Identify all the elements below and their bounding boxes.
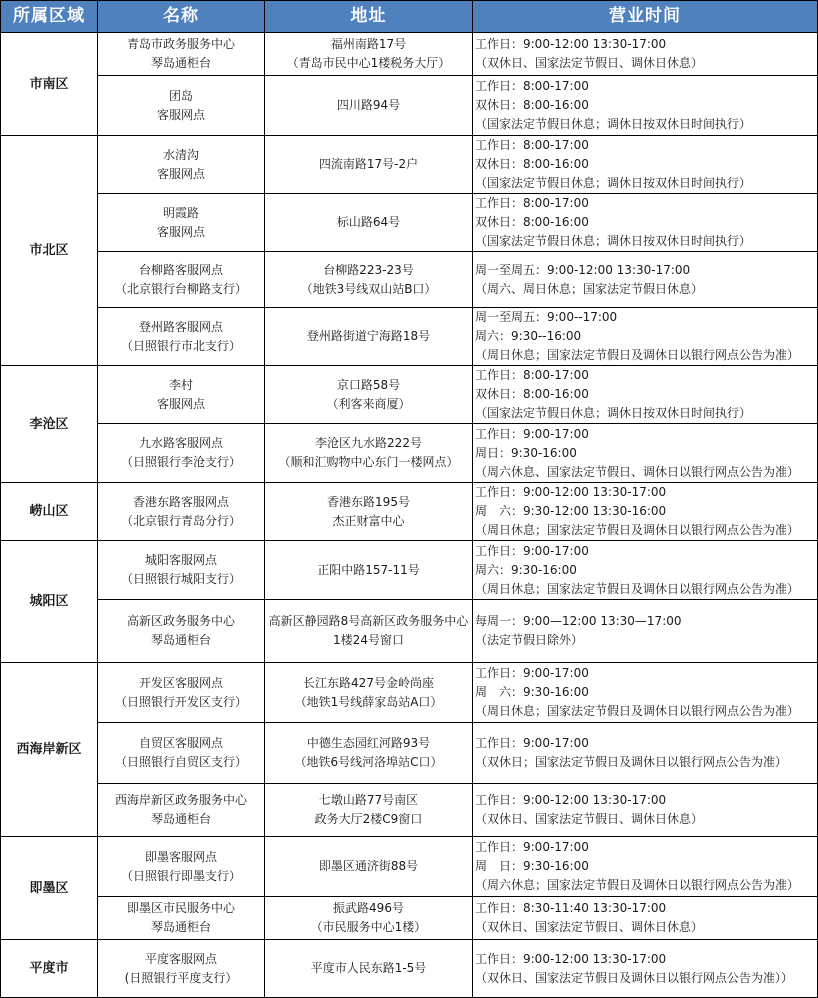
hours-line: 每周一：9:00—12:00 13:30—17:00 [475,612,817,631]
hours-cell: 工作日：9:00-12:00 13:30-17:00（双休日、国家法定节假日、调… [473,33,818,76]
addr-cell: 四川路94号 [265,76,473,136]
table-row: 团岛客服网点四川路94号工作日：8:00-17:00双休日：8:00-16:00… [1,76,818,136]
district-cell: 市南区 [1,33,98,136]
name-line: （日照银行自贸区支行） [98,753,264,772]
name-line: 琴岛通柜台 [98,631,264,650]
table-row: 西海岸新区开发区客服网点（日照银行开发区支行）长江东路427号金岭尚座（地铁1号… [1,663,818,723]
hours-line: （双休日、国家法定节假日及调休日以银行网点公告为准）） [475,969,817,988]
district-cell: 市北区 [1,136,98,366]
name-line: （北京银行青岛分行） [98,512,264,531]
addr-line: 中德生态园红河路93号 [265,734,472,753]
hours-cell: 工作日：9:00-12:00 13:30-17:00（双休日、国家法定节假日及调… [473,940,818,990]
name-cell: 城阳客服网点（日照银行城阳支行） [98,541,265,600]
name-cell: 台柳路客服网点（北京银行台柳路支行） [98,252,265,308]
addr-line: 四川路94号 [265,96,472,115]
hours-line: 双休日：8:00-16:00 [475,385,817,404]
hours-line: （国家法定节假日休息；调休日按双休日时间执行） [475,115,817,134]
district-cell: 平度市 [1,940,98,990]
addr-line: （顺和汇购物中心东门一楼网点） [265,453,472,472]
table-row: 九水路客服网点（日照银行李沧支行）李沧区九水路222号（顺和汇购物中心东门一楼网… [1,424,818,483]
hours-cell: 每周一：9:00—12:00 13:30—17:00（法定节假日除外） [473,600,818,663]
name-line: 高新区政务服务中心 [98,612,264,631]
name-line: 城阳客服网点 [98,551,264,570]
table-row: 崂山区香港东路客服网点（北京银行青岛分行）香港东路195号杰正财富中心工作日：9… [1,483,818,541]
addr-cell: 标山路64号 [265,194,473,252]
table-row: 自贸区客服网点（日照银行自贸区支行）中德生态园红河路93号（地铁6号线河洛埠站C… [1,723,818,784]
district-cell: 西海岸新区 [1,663,98,837]
hours-line: 工作日：9:00-17:00 [475,542,817,561]
table-row: 西海岸新区政务服务中心琴岛通柜台七墩山路77号南区政务大厅2楼C9窗口工作日：9… [1,784,818,837]
name-cell: 平度客服网点(日照银行平度支行） [98,940,265,990]
hours-cell: 工作日：8:00-17:00双休日：8:00-16:00（国家法定节假日休息；调… [473,194,818,252]
name-line: 李村 [98,376,264,395]
hours-line: 工作日：8:00-17:00 [475,77,817,96]
name-line: 客服网点 [98,106,264,125]
name-cell: 自贸区客服网点（日照银行自贸区支行） [98,723,265,784]
header-row: 所属区域 名称 地址 营业时间 [1,1,818,33]
addr-line: （利客来商厦） [265,395,472,414]
name-line: 自贸区客服网点 [98,734,264,753]
name-cell: 李村客服网点 [98,366,265,424]
hours-line: （周日休息；国家法定节假日及调休日以银行网点公告为准） [475,521,817,540]
addr-line: 标山路64号 [265,213,472,232]
table-row: 平度市平度客服网点(日照银行平度支行）平度市人民东路1-5号工作日：9:00-1… [1,940,818,990]
addr-cell: 京口路58号（利客来商厦） [265,366,473,424]
addr-line: 正阳中路157-11号 [265,561,472,580]
service-points-table: 所属区域 名称 地址 营业时间 市南区青岛市政务服务中心琴岛通柜台福州南路17号… [0,0,818,989]
table-row: 市北区水清沟客服网点四流南路17号-2户工作日：8:00-17:00双休日：8:… [1,136,818,194]
table-row: 即墨区即墨客服网点（日照银行即墨支行）即墨区通济街88号工作日：9:00-17:… [1,837,818,897]
hours-line: （法定节假日除外） [475,631,817,650]
hours-line: 工作日：9:00-17:00 [475,664,817,683]
addr-line: （青岛市民中心1楼税务大厅） [265,54,472,73]
name-line: 西海岸新区政务服务中心 [98,791,264,810]
hours-line: （周六休息、国家法定节假日、调休日以银行网点公告为准） [475,463,817,482]
table-row: 城阳区城阳客服网点（日照银行城阳支行）正阳中路157-11号工作日：9:00-1… [1,541,818,600]
district-cell: 城阳区 [1,541,98,663]
hours-line: 工作日：8:00-17:00 [475,366,817,385]
name-line: 琴岛通柜台 [98,810,264,829]
hours-line: （周日休息；国家法定节假日及调休日以银行网点公告为准） [475,580,817,599]
addr-line: 长江东路427号金岭尚座 [265,674,472,693]
header-hours: 营业时间 [473,1,818,33]
hours-line: （周六休息；国家法定节假日及调休日以银行网点公告为准） [475,876,817,895]
addr-line: 政务大厅2楼C9窗口 [265,810,472,829]
name-line: 客服网点 [98,395,264,414]
name-line: 登州路客服网点 [98,318,264,337]
addr-cell: 高新区静园路8号高新区政务服务中心1楼24号窗口 [265,600,473,663]
hours-cell: 工作日：8:00-17:00双休日：8:00-16:00（国家法定节假日休息；调… [473,136,818,194]
name-line: 青岛市政务服务中心 [98,35,264,54]
name-line: （北京银行台柳路支行） [98,280,264,299]
name-cell: 高新区政务服务中心琴岛通柜台 [98,600,265,663]
district-cell: 即墨区 [1,837,98,940]
name-line: （日照银行即墨支行） [98,867,264,886]
addr-line: 福州南路17号 [265,35,472,54]
hours-line: 周 日：9:30-16:00 [475,857,817,876]
table-row: 市南区青岛市政务服务中心琴岛通柜台福州南路17号（青岛市民中心1楼税务大厅）工作… [1,33,818,76]
name-line: 香港东路客服网点 [98,493,264,512]
hours-line: （周日休息；国家法定节假日及调休日以银行网点公告为准） [475,346,817,365]
hours-line: （双休日、国家法定节假日、调休日休息） [475,810,817,829]
hours-cell: 工作日：9:00-12:00 13:30-17:00周 六：9:30-12:00… [473,483,818,541]
addr-cell: 平度市人民东路1-5号 [265,940,473,990]
addr-line: （地铁3号线双山站B口） [265,280,472,299]
hours-cell: 工作日：8:00-17:00双休日：8:00-16:00（国家法定节假日休息；调… [473,76,818,136]
name-line: 九水路客服网点 [98,434,264,453]
name-line: （日照银行城阳支行） [98,570,264,589]
addr-line: 四流南路17号-2户 [265,155,472,174]
table-row: 李沧区李村客服网点京口路58号（利客来商厦）工作日：8:00-17:00双休日：… [1,366,818,424]
name-line: 开发区客服网点 [98,674,264,693]
name-line: 即墨区市民服务中心 [98,899,264,918]
addr-line: （市民服务中心1楼） [265,918,472,937]
name-cell: 即墨区市民服务中心琴岛通柜台 [98,897,265,940]
name-cell: 团岛客服网点 [98,76,265,136]
header-name: 名称 [98,1,265,33]
hours-line: 周日：9:30-16:00 [475,444,817,463]
district-cell: 李沧区 [1,366,98,483]
hours-line: 双休日：8:00-16:00 [475,155,817,174]
addr-line: 即墨区通济街88号 [265,857,472,876]
hours-cell: 工作日：9:00-17:00周 六：9:30-16:00（周日休息；国家法定节假… [473,663,818,723]
addr-cell: 正阳中路157-11号 [265,541,473,600]
hours-cell: 工作日：8:30-11:40 13:30-17:00（双休日、国家法定节假日、调… [473,897,818,940]
header-district: 所属区域 [1,1,98,33]
name-cell: 明霞路客服网点 [98,194,265,252]
name-line: （日照银行开发区支行） [98,693,264,712]
addr-line: 香港东路195号 [265,493,472,512]
table-row: 明霞路客服网点标山路64号工作日：8:00-17:00双休日：8:00-16:0… [1,194,818,252]
hours-cell: 工作日：8:00-17:00双休日：8:00-16:00（国家法定节假日休息；调… [473,366,818,424]
hours-line: 工作日：9:00-12:00 13:30-17:00 [475,791,817,810]
hours-line: 周一至周五：9:00-12:00 13:30-17:00 [475,261,817,280]
name-cell: 水清沟客服网点 [98,136,265,194]
hours-cell: 工作日：9:00-17:00周日：9:30-16:00（周六休息、国家法定节假日… [473,424,818,483]
table-row: 台柳路客服网点（北京银行台柳路支行）台柳路223-23号（地铁3号线双山站B口）… [1,252,818,308]
addr-line: 七墩山路77号南区 [265,791,472,810]
name-line: 水清沟 [98,146,264,165]
hours-line: 周 六：9:30-16:00 [475,683,817,702]
hours-line: （双休日；国家法定节假日及调休日以银行网点公告为准） [475,753,817,772]
name-cell: 香港东路客服网点（北京银行青岛分行） [98,483,265,541]
table-row: 登州路客服网点（日照银行市北支行）登州路街道宁海路18号周一至周五：9:00--… [1,308,818,366]
hours-line: 双休日：8:00-16:00 [475,213,817,232]
hours-line: （国家法定节假日休息；调休日按双休日时间执行） [475,232,817,251]
name-cell: 开发区客服网点（日照银行开发区支行） [98,663,265,723]
addr-cell: 香港东路195号杰正财富中心 [265,483,473,541]
addr-cell: 长江东路427号金岭尚座（地铁1号线薛家岛站A口） [265,663,473,723]
name-cell: 即墨客服网点（日照银行即墨支行） [98,837,265,897]
addr-line: 李沧区九水路222号 [265,434,472,453]
hours-cell: 周一至周五：9:00-12:00 13:30-17:00（周六、周日休息；国家法… [473,252,818,308]
name-line: 琴岛通柜台 [98,918,264,937]
hours-line: （国家法定节假日休息；调休日按双休日时间执行） [475,404,817,423]
name-cell: 登州路客服网点（日照银行市北支行） [98,308,265,366]
hours-cell: 工作日：9:00-12:00 13:30-17:00（双休日、国家法定节假日、调… [473,784,818,837]
hours-cell: 工作日：9:00-17:00周 日：9:30-16:00（周六休息；国家法定节假… [473,837,818,897]
addr-line: 台柳路223-23号 [265,261,472,280]
name-line: 明霞路 [98,204,264,223]
name-line: (日照银行平度支行） [98,969,264,988]
hours-line: 工作日：8:00-17:00 [475,136,817,155]
hours-line: （双休日、国家法定节假日、调休日休息） [475,54,817,73]
addr-cell: 中德生态园红河路93号（地铁6号线河洛埠站C口） [265,723,473,784]
addr-cell: 即墨区通济街88号 [265,837,473,897]
name-line: （日照银行市北支行） [98,337,264,356]
hours-line: （周日休息；国家法定节假日及调休日以银行网点公告为准） [475,702,817,721]
name-line: 即墨客服网点 [98,848,264,867]
addr-cell: 七墩山路77号南区政务大厅2楼C9窗口 [265,784,473,837]
name-line: 台柳路客服网点 [98,261,264,280]
hours-cell: 工作日：9:00-17:00（双休日；国家法定节假日及调休日以银行网点公告为准） [473,723,818,784]
name-line: 客服网点 [98,165,264,184]
hours-line: 工作日：9:00-17:00 [475,425,817,444]
header-address: 地址 [265,1,473,33]
table-row: 即墨区市民服务中心琴岛通柜台振武路496号（市民服务中心1楼）工作日：8:30-… [1,897,818,940]
addr-cell: 福州南路17号（青岛市民中心1楼税务大厅） [265,33,473,76]
addr-line: 京口路58号 [265,376,472,395]
hours-line: 工作日：8:00-17:00 [475,194,817,213]
hours-line: （双休日、国家法定节假日、调休日休息） [475,918,817,937]
name-line: 琴岛通柜台 [98,54,264,73]
hours-line: 周 六：9:30-12:00 13:30-16:00 [475,502,817,521]
hours-line: （国家法定节假日休息；调休日按双休日时间执行） [475,174,817,193]
hours-line: 双休日：8:00-16:00 [475,96,817,115]
hours-line: 工作日：9:00-17:00 [475,734,817,753]
table-row: 高新区政务服务中心琴岛通柜台高新区静园路8号高新区政务服务中心1楼24号窗口每周… [1,600,818,663]
addr-cell: 振武路496号（市民服务中心1楼） [265,897,473,940]
name-line: 客服网点 [98,223,264,242]
addr-cell: 登州路街道宁海路18号 [265,308,473,366]
hours-line: 工作日：9:00-17:00 [475,838,817,857]
hours-line: （周六、周日休息；国家法定节假日休息） [475,280,817,299]
name-line: （日照银行李沧支行） [98,453,264,472]
name-line: 平度客服网点 [98,950,264,969]
addr-line: 杰正财富中心 [265,512,472,531]
hours-line: 工作日：9:00-12:00 13:30-17:00 [475,483,817,502]
hours-line: 周六：9:30-16:00 [475,561,817,580]
hours-cell: 工作日：9:00-17:00周六：9:30-16:00（周日休息；国家法定节假日… [473,541,818,600]
addr-line: 平度市人民东路1-5号 [265,959,472,978]
district-cell: 崂山区 [1,483,98,541]
hours-line: 周一至周五：9:00--17:00 [475,308,817,327]
addr-cell: 台柳路223-23号（地铁3号线双山站B口） [265,252,473,308]
addr-line: 1楼24号窗口 [265,631,472,650]
name-cell: 九水路客服网点（日照银行李沧支行） [98,424,265,483]
hours-line: 工作日：9:00-12:00 13:30-17:00 [475,35,817,54]
addr-line: （地铁6号线河洛埠站C口） [265,753,472,772]
addr-cell: 四流南路17号-2户 [265,136,473,194]
addr-line: 振武路496号 [265,899,472,918]
name-cell: 西海岸新区政务服务中心琴岛通柜台 [98,784,265,837]
name-cell: 青岛市政务服务中心琴岛通柜台 [98,33,265,76]
name-line: 团岛 [98,87,264,106]
addr-line: 高新区静园路8号高新区政务服务中心 [265,612,472,631]
hours-line: 周六：9:30--16:00 [475,327,817,346]
addr-line: （地铁1号线薛家岛站A口） [265,693,472,712]
hours-cell: 周一至周五：9:00--17:00周六：9:30--16:00（周日休息；国家法… [473,308,818,366]
hours-line: 工作日：9:00-12:00 13:30-17:00 [475,950,817,969]
addr-cell: 李沧区九水路222号（顺和汇购物中心东门一楼网点） [265,424,473,483]
addr-line: 登州路街道宁海路18号 [265,327,472,346]
hours-line: 工作日：8:30-11:40 13:30-17:00 [475,899,817,918]
